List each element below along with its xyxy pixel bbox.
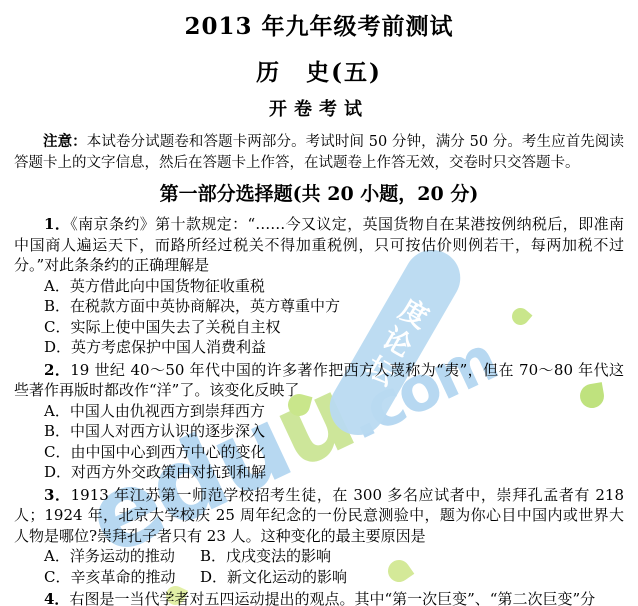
exam-notice: 注意：本试卷分试题卷和答题卡两部分。考试时间 50 分钟，满分 50 分。考生应…: [14, 131, 624, 174]
question-1: 1．《南京条约》第十款规定：“……今又议定，英国货物自在某港按例纳税后，即准南中…: [14, 214, 624, 358]
question-3: 3．1913 年江苏第一师范学校招考生徒，在 300 多名应试者中，崇拜孔孟者有…: [14, 485, 624, 588]
section-title: 第一部分选择题(共 20 小题，20 分): [14, 181, 624, 207]
exam-title: 2013 年九年级考前测试: [14, 12, 624, 42]
option-a: A．中国人由仇视西方到崇拜西方: [44, 401, 624, 422]
question-4-stem: 4．右图是一当代学者对五四运动提出的观点。其中“第一次巨变”、“第二次巨变”分: [14, 589, 624, 606]
option-b: B．戊戌变法的影响: [200, 547, 331, 565]
question-1-text: 《南京条约》第十款规定：“……今又议定，英国货物自在某港按例纳税后，即准南中国商…: [14, 215, 624, 274]
question-2: 2．19 世纪 40～50 年代中国的许多著作把西方人蔑称为“夷”，但在 70～…: [14, 360, 624, 483]
question-3-text: 1913 年江苏第一师范学校招考生徒，在 300 多名应试者中，崇拜孔孟者有 2…: [14, 486, 624, 545]
exam-paper: 2013 年九年级考前测试 历 史(五) 开卷考试 注意：本试卷分试题卷和答题卡…: [0, 0, 638, 606]
option-c: C．辛亥革命的推动: [44, 567, 200, 588]
option-a: A．英方借此向中国货物征收重税: [44, 276, 624, 297]
question-2-stem: 2．19 世纪 40～50 年代中国的许多著作把西方人蔑称为“夷”，但在 70～…: [14, 360, 624, 401]
question-4: 4．右图是一当代学者对五四运动提出的观点。其中“第一次巨变”、“第二次巨变”分: [14, 589, 624, 606]
notice-label: 注意：: [43, 133, 87, 150]
question-2-text: 19 世纪 40～50 年代中国的许多著作把西方人蔑称为“夷”，但在 70～80…: [14, 361, 624, 400]
option-a: A．洋务运动的推动: [44, 546, 200, 567]
question-1-options: A．英方借此向中国货物征收重税 B．在税款方面中英协商解决，英方尊重中方 C．实…: [14, 276, 624, 358]
question-3-options: A．洋务运动的推动B．戊戌变法的影响 C．辛亥革命的推动D．新文化运动的影响: [14, 546, 624, 587]
question-3-stem: 3．1913 年江苏第一师范学校招考生徒，在 300 多名应试者中，崇拜孔孟者有…: [14, 485, 624, 547]
question-1-stem: 1．《南京条约》第十款规定：“……今又议定，英国货物自在某港按例纳税后，即准南中…: [14, 214, 624, 276]
question-4-text: 右图是一当代学者对五四运动提出的观点。其中“第一次巨变”、“第二次巨变”分: [69, 590, 595, 606]
question-list: 1．《南京条约》第十款规定：“……今又议定，英国货物自在某港按例纳税后，即准南中…: [14, 214, 624, 606]
option-c: C．由中国中心到西方中心的变化: [44, 442, 624, 463]
question-2-options: A．中国人由仇视西方到崇拜西方 B．中国人对西方认识的逐步深入 C．由中国中心到…: [14, 401, 624, 483]
option-c: C．实际上使中国失去了关税自主权: [44, 317, 624, 338]
exam-type-label: 开卷考试: [14, 98, 624, 122]
question-3-number: 3．: [44, 486, 71, 504]
question-2-number: 2．: [44, 361, 70, 379]
option-d: D．新文化运动的影响: [200, 568, 347, 586]
question-4-number: 4．: [44, 590, 69, 606]
option-d: D．英方考虑保护中国人消费利益: [44, 337, 624, 358]
question-1-number: 1．: [44, 215, 70, 233]
option-b: B．在税款方面中英协商解决，英方尊重中方: [44, 296, 624, 317]
notice-text: 本试卷分试题卷和答题卡两部分。考试时间 50 分钟，满分 50 分。考生应首先阅…: [14, 134, 624, 171]
option-row-ab: A．洋务运动的推动B．戊戌变法的影响: [44, 546, 624, 567]
option-d: D．对西方外交政策由对抗到和解: [44, 462, 624, 483]
exam-subject-title: 历 史(五): [14, 58, 624, 88]
option-b: B．中国人对西方认识的逐步深入: [44, 421, 624, 442]
option-row-cd: C．辛亥革命的推动D．新文化运动的影响: [44, 567, 624, 588]
